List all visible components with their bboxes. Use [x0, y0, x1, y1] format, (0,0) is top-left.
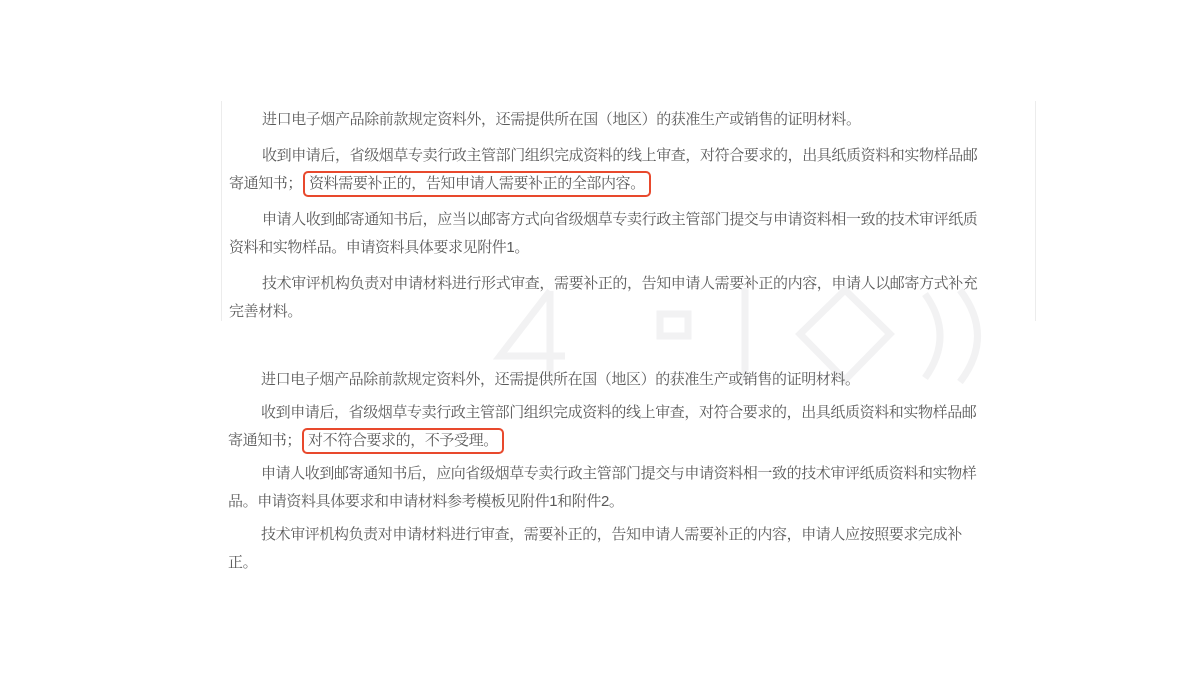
paragraph-technical-review: 技术审评机构负责对申请材料进行形式审查，需要补正的，告知申请人需要补正的内容，申… [229, 270, 1035, 326]
paragraph-line: 完善材料。 [229, 298, 1035, 326]
line-prefix: 寄通知书； [229, 175, 302, 192]
regulation-excerpt-version-1: 进口电子烟产品除前款规定资料外，还需提供所在国（地区）的获准生产或销售的证明材料… [221, 101, 1036, 321]
paragraph-line: 正。 [228, 549, 1008, 577]
paragraph-application-review: 收到申请后，省级烟草专卖行政主管部门组织完成资料的线上审查，对符合要求的，出具纸… [228, 399, 1008, 455]
paragraph-line: 申请人收到邮寄通知书后，应当以邮寄方式向省级烟草专卖行政主管部门提交与申请资料相… [229, 206, 1035, 234]
paragraph-line: 收到申请后，省级烟草专卖行政主管部门组织完成资料的线上审查，对符合要求的，出具纸… [228, 399, 1008, 427]
highlighted-clause-reject-nonconforming: 对不符合要求的，不予受理。 [302, 428, 504, 454]
paragraph-import-products: 进口电子烟产品除前款规定资料外，还需提供所在国（地区）的获准生产或销售的证明材料… [228, 366, 1008, 394]
document-page: 进口电子烟产品除前款规定资料外，还需提供所在国（地区）的获准生产或销售的证明材料… [0, 0, 1200, 674]
paragraph-import-products: 进口电子烟产品除前款规定资料外，还需提供所在国（地区）的获准生产或销售的证明材料… [229, 106, 1035, 134]
regulation-excerpt-version-2: 进口电子烟产品除前款规定资料外，还需提供所在国（地区）的获准生产或销售的证明材料… [228, 366, 1008, 582]
paragraph-line: 品。申请资料具体要求和申请材料参考模板见附件1和附件2。 [228, 488, 1008, 516]
line-prefix: 寄通知书； [228, 432, 301, 449]
paragraph-line: 资料和实物样品。申请资料具体要求见附件1。 [229, 234, 1035, 262]
paragraph-line: 收到申请后，省级烟草专卖行政主管部门组织完成资料的线上审查，对符合要求的，出具纸… [229, 142, 1035, 170]
paragraph-line: 技术审评机构负责对申请材料进行形式审查，需要补正的，告知申请人需要补正的内容，申… [229, 270, 1035, 298]
paragraph-line: 寄通知书；对不符合要求的，不予受理。 [228, 427, 1008, 455]
paragraph-mailing-materials: 申请人收到邮寄通知书后，应向省级烟草专卖行政主管部门提交与申请资料相一致的技术审… [228, 460, 1008, 516]
paragraph-line: 申请人收到邮寄通知书后，应向省级烟草专卖行政主管部门提交与申请资料相一致的技术审… [228, 460, 1008, 488]
paragraph-mailing-materials: 申请人收到邮寄通知书后，应当以邮寄方式向省级烟草专卖行政主管部门提交与申请资料相… [229, 206, 1035, 262]
paragraph-technical-review: 技术审评机构负责对申请材料进行审查，需要补正的，告知申请人需要补正的内容，申请人… [228, 521, 1008, 577]
paragraph-line: 进口电子烟产品除前款规定资料外，还需提供所在国（地区）的获准生产或销售的证明材料… [229, 106, 1035, 134]
paragraph-line: 寄通知书；资料需要补正的，告知申请人需要补正的全部内容。 [229, 170, 1035, 198]
paragraph-line: 技术审评机构负责对申请材料进行审查，需要补正的，告知申请人需要补正的内容，申请人… [228, 521, 1008, 549]
paragraph-line: 进口电子烟产品除前款规定资料外，还需提供所在国（地区）的获准生产或销售的证明材料… [228, 366, 1008, 394]
paragraph-application-review: 收到申请后，省级烟草专卖行政主管部门组织完成资料的线上审查，对符合要求的，出具纸… [229, 142, 1035, 198]
highlighted-clause-supplement-all-content: 资料需要补正的，告知申请人需要补正的全部内容。 [303, 171, 651, 197]
